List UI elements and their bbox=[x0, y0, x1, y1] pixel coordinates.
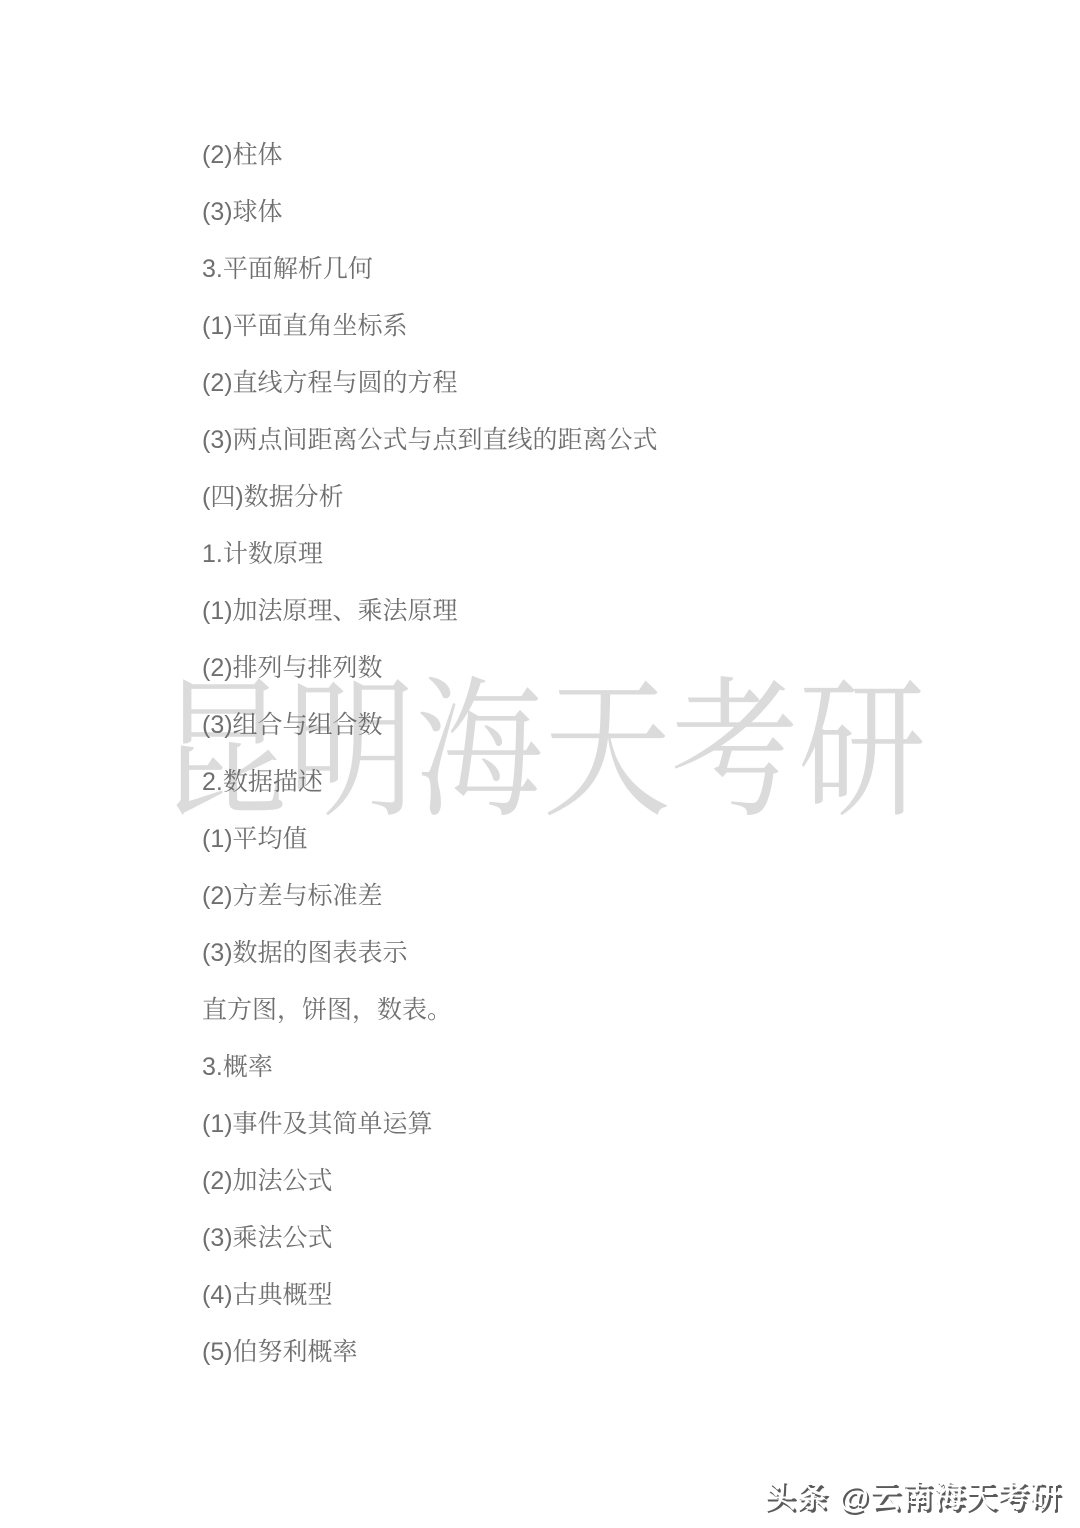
platform-watermark-brand: 头条 bbox=[765, 1479, 829, 1514]
document-page: 昆明海天考研 (2)柱体 (3)球体 3.平面解析几何 (1)平面直角坐标系 (… bbox=[0, 0, 1080, 1528]
article-line: (3)两点间距离公式与点到直线的距离公式 bbox=[202, 412, 1020, 469]
article-line: (2)直线方程与圆的方程 bbox=[202, 355, 1020, 412]
article-line: (2)加法公式 bbox=[202, 1153, 1020, 1210]
article-line: (3)乘法公式 bbox=[202, 1210, 1020, 1267]
platform-watermark: 头条@云南海天考研 bbox=[765, 1471, 1062, 1516]
article-line: (5)伯努利概率 bbox=[202, 1324, 1020, 1381]
article-line: (2)排列与排列数 bbox=[202, 640, 1020, 697]
article-line: 3.平面解析几何 bbox=[202, 241, 1020, 298]
article-line: 直方图，饼图，数表。 bbox=[202, 982, 1020, 1039]
article-body: (2)柱体 (3)球体 3.平面解析几何 (1)平面直角坐标系 (2)直线方程与… bbox=[202, 127, 1020, 1381]
article-line: (4)古典概型 bbox=[202, 1267, 1020, 1324]
platform-watermark-handle: @云南海天考研 bbox=[839, 1479, 1062, 1514]
article-line: (2)柱体 bbox=[202, 127, 1020, 184]
article-line: (1)平均值 bbox=[202, 811, 1020, 868]
article-line: (3)组合与组合数 bbox=[202, 697, 1020, 754]
article-line: 3.概率 bbox=[202, 1039, 1020, 1096]
article-line: 1.计数原理 bbox=[202, 526, 1020, 583]
article-line: (四)数据分析 bbox=[202, 469, 1020, 526]
article-line: (1)平面直角坐标系 bbox=[202, 298, 1020, 355]
article-line: (2)方差与标准差 bbox=[202, 868, 1020, 925]
article-line: (3)球体 bbox=[202, 184, 1020, 241]
article-line: (1)事件及其简单运算 bbox=[202, 1096, 1020, 1153]
article-line: (3)数据的图表表示 bbox=[202, 925, 1020, 982]
article-line: 2.数据描述 bbox=[202, 754, 1020, 811]
article-line: (1)加法原理、乘法原理 bbox=[202, 583, 1020, 640]
